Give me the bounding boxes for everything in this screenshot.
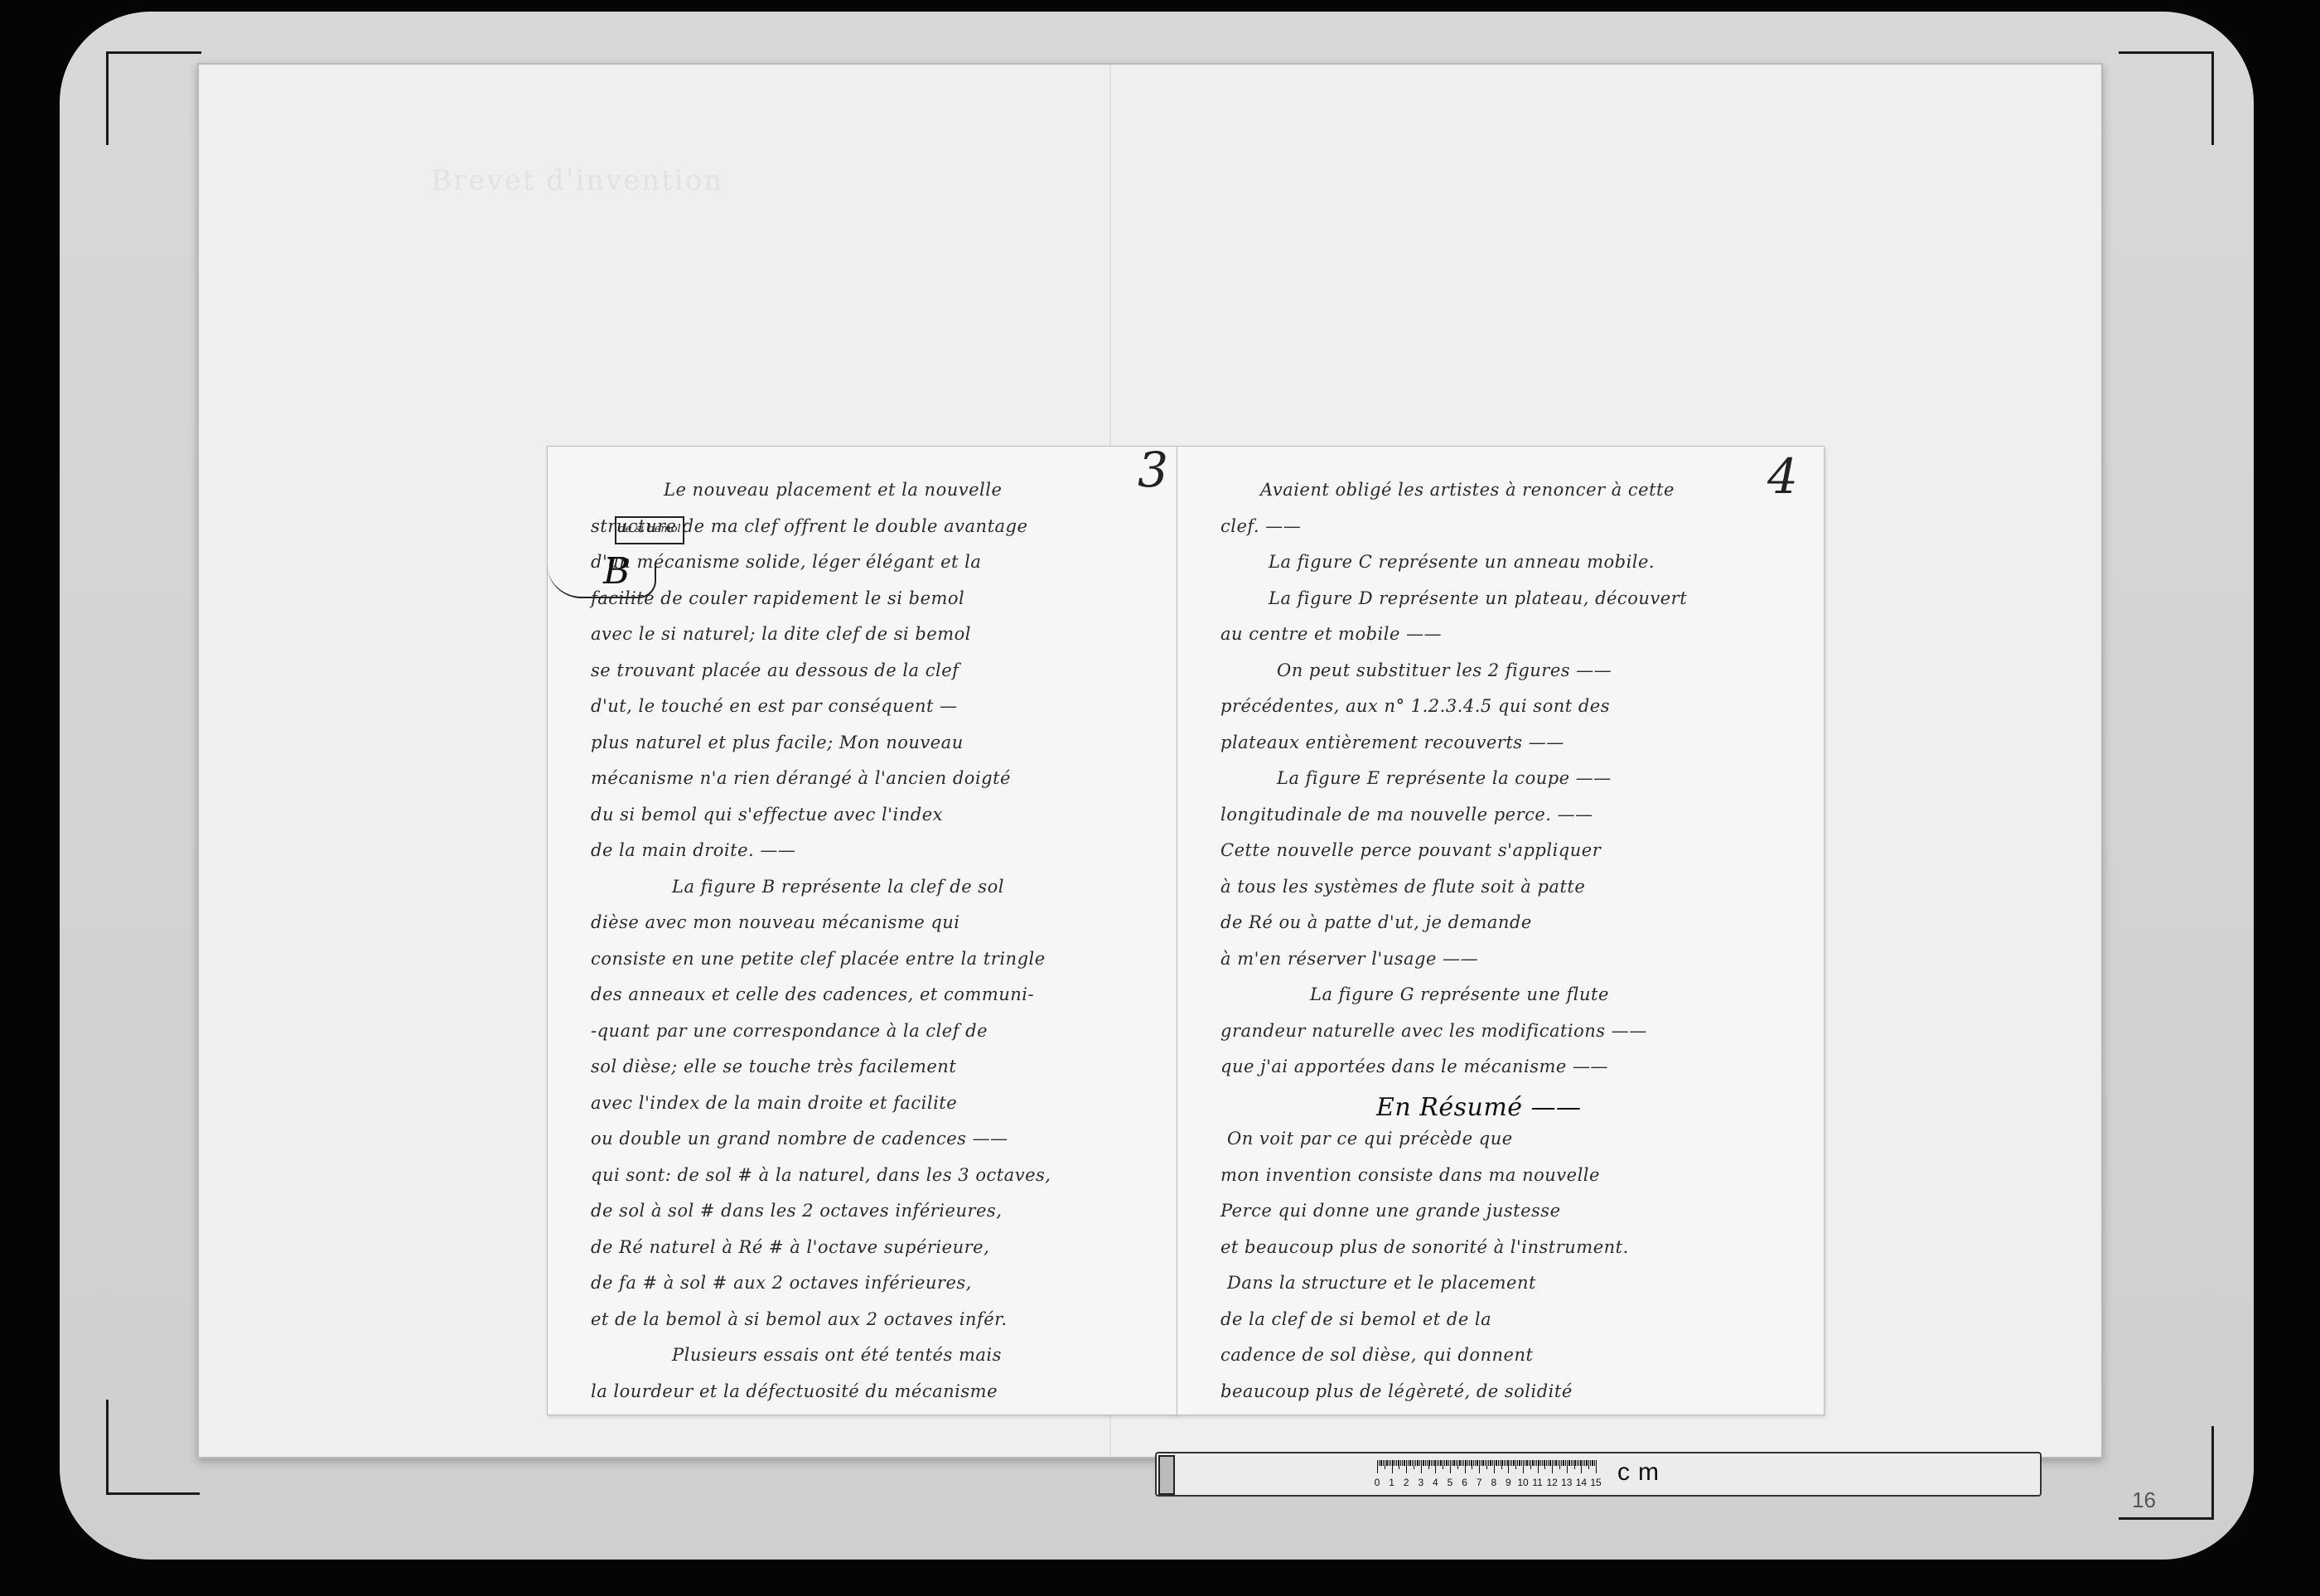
manuscript-line: beaucoup plus de légèreté, de solidité	[1220, 1381, 1573, 1401]
ruler-tick-label: 2	[1404, 1477, 1409, 1488]
manuscript-line: la lourdeur et la défectuosité du mécani…	[591, 1381, 998, 1401]
manuscript-line: à m'en réserver l'usage ——	[1220, 949, 1478, 969]
manuscript-line: de Ré ou à patte d'ut, je demande	[1220, 912, 1532, 932]
manuscript-line: de sol à sol # dans les 2 octaves inféri…	[591, 1201, 1002, 1221]
manuscript-line: qui sont: de sol # à la naturel, dans le…	[591, 1165, 1051, 1185]
manuscript-line: La figure D représente un plateau, décou…	[1269, 588, 1687, 608]
manuscript-line: précédentes, aux n° 1.2.3.4.5 qui sont d…	[1220, 696, 1610, 716]
manuscript-line: La figure C représente un anneau mobile.	[1269, 552, 1655, 572]
manuscript-line: Le nouveau placement et la nouvelle	[664, 480, 1002, 500]
margin-note-box: de si bemol	[615, 516, 684, 544]
manuscript-line: de la clef de si bemol et de la	[1220, 1309, 1491, 1329]
ruler-scale: 0123456789101112131415	[1377, 1460, 1596, 1490]
manuscript-line: se trouvant placée au dessous de la clef	[591, 660, 959, 680]
manuscript-line: du si bemol qui s'effectue avec l'index	[591, 805, 943, 825]
manuscript-line: consiste en une petite clef placée entre…	[591, 949, 1046, 969]
ruler-unit-label: cm	[1617, 1458, 1667, 1487]
manuscript-line: de fa # à sol # aux 2 octaves inférieure…	[591, 1273, 972, 1293]
manuscript-line: Plusieurs essais ont été tentés mais	[672, 1345, 1002, 1365]
manuscript-line: La figure B représente la clef de sol	[672, 877, 1004, 897]
manuscript-line: des anneaux et celle des cadences, et co…	[591, 984, 1034, 1004]
manuscript-line: longitudinale de ma nouvelle perce. ——	[1220, 805, 1593, 825]
manuscript-line: La figure G représente une flute	[1310, 984, 1609, 1004]
manuscript-line: clef. ——	[1220, 516, 1301, 536]
manuscript-line: que j'ai apportées dans le mécanisme ——	[1220, 1057, 1608, 1076]
manuscript-line: Dans la structure et le placement	[1227, 1273, 1536, 1293]
ruler-tick-label: 8	[1491, 1477, 1496, 1488]
ruler-tick-label: 7	[1477, 1477, 1482, 1488]
manuscript-line: cadence de sol dièse, qui donnent	[1220, 1345, 1533, 1365]
manuscript-line: d'ut, le touché en est par conséquent —	[591, 696, 958, 716]
ruler-tick-label: 6	[1462, 1477, 1467, 1488]
manuscript-line: avec le si naturel; la dite clef de si b…	[591, 624, 971, 644]
manuscript-line: sol dièse; elle se touche très facilemen…	[591, 1057, 956, 1076]
manuscript-line: et de la bemol à si bemol aux 2 octaves …	[591, 1309, 1008, 1329]
manuscript-line: dièse avec mon nouveau mécanisme qui	[591, 912, 960, 932]
manuscript-line: ou double un grand nombre de cadences ——	[591, 1129, 1008, 1149]
ruler-tick-label: 3	[1418, 1477, 1423, 1488]
ruler-tick-label: 13	[1561, 1477, 1572, 1488]
measurement-ruler: 0123456789101112131415 cm	[1155, 1452, 2042, 1497]
manuscript-line: mon invention consiste dans ma nouvelle	[1220, 1165, 1600, 1185]
manuscript-line: de la main droite. ——	[591, 840, 795, 860]
section-heading: En Résumé ——	[1376, 1093, 1582, 1122]
ruler-tick-label: 0	[1375, 1477, 1380, 1488]
manuscript-line: à tous les systèmes de flute soit à patt…	[1220, 877, 1585, 897]
ruler-tick	[1596, 1460, 1597, 1473]
manuscript-line: plateaux entièrement recouverts ——	[1220, 733, 1564, 752]
page-number: 3	[1138, 442, 1168, 498]
folio-number: 16	[2132, 1487, 2156, 1513]
manuscript-line: Avaient obligé les artistes à renoncer à…	[1260, 480, 1675, 500]
manuscript-line: On voit par ce qui précède que	[1227, 1129, 1513, 1149]
ruler-tick-label: 11	[1532, 1477, 1542, 1488]
manuscript-line: avec l'index de la main droite et facili…	[591, 1093, 957, 1113]
crop-mark-top-left	[106, 51, 201, 145]
manuscript-line: grandeur naturelle avec les modification…	[1220, 1021, 1647, 1041]
ruler-tick-label: 1	[1389, 1477, 1394, 1488]
crop-mark-top-right	[2119, 51, 2214, 145]
ruler-tick-label: 12	[1547, 1477, 1558, 1488]
ruler-tick-label: 14	[1576, 1477, 1587, 1488]
page-number: 4	[1767, 448, 1798, 505]
manuscript-line: et beaucoup plus de sonorité à l'instrum…	[1220, 1237, 1629, 1257]
manuscript-line: La figure E représente la coupe ——	[1277, 768, 1612, 788]
manuscript-line: -quant par une correspondance à la clef …	[591, 1021, 988, 1041]
margin-bracket-stroke	[547, 563, 656, 598]
ruler-tick-label: 15	[1590, 1477, 1601, 1488]
manuscript-line: plus naturel et plus facile; Mon nouveau	[591, 733, 964, 752]
manuscript-line: Perce qui donne une grande justesse	[1220, 1201, 1561, 1221]
manuscript-line: de Ré naturel à Ré # à l'octave supérieu…	[591, 1237, 989, 1257]
manuscript-line: mécanisme n'a rien dérangé à l'ancien do…	[591, 768, 1011, 788]
ruler-tick-label: 5	[1448, 1477, 1453, 1488]
manuscript-page-right: 4 Avaient obligé les artistes à renoncer…	[1177, 446, 1825, 1415]
ruler-tick-label: 10	[1517, 1477, 1528, 1488]
manuscript-line: Cette nouvelle perce pouvant s'appliquer	[1220, 840, 1601, 860]
manuscript-line: On peut substituer les 2 figures ——	[1277, 660, 1612, 680]
crop-mark-bottom-left	[106, 1400, 200, 1495]
faded-background-print: Brevet d'invention	[431, 164, 723, 197]
ruler-tick-label: 9	[1506, 1477, 1511, 1488]
ruler-tick-label: 4	[1433, 1477, 1438, 1488]
ruler-clip	[1158, 1455, 1175, 1495]
manuscript-line: au centre et mobile ——	[1220, 624, 1442, 644]
